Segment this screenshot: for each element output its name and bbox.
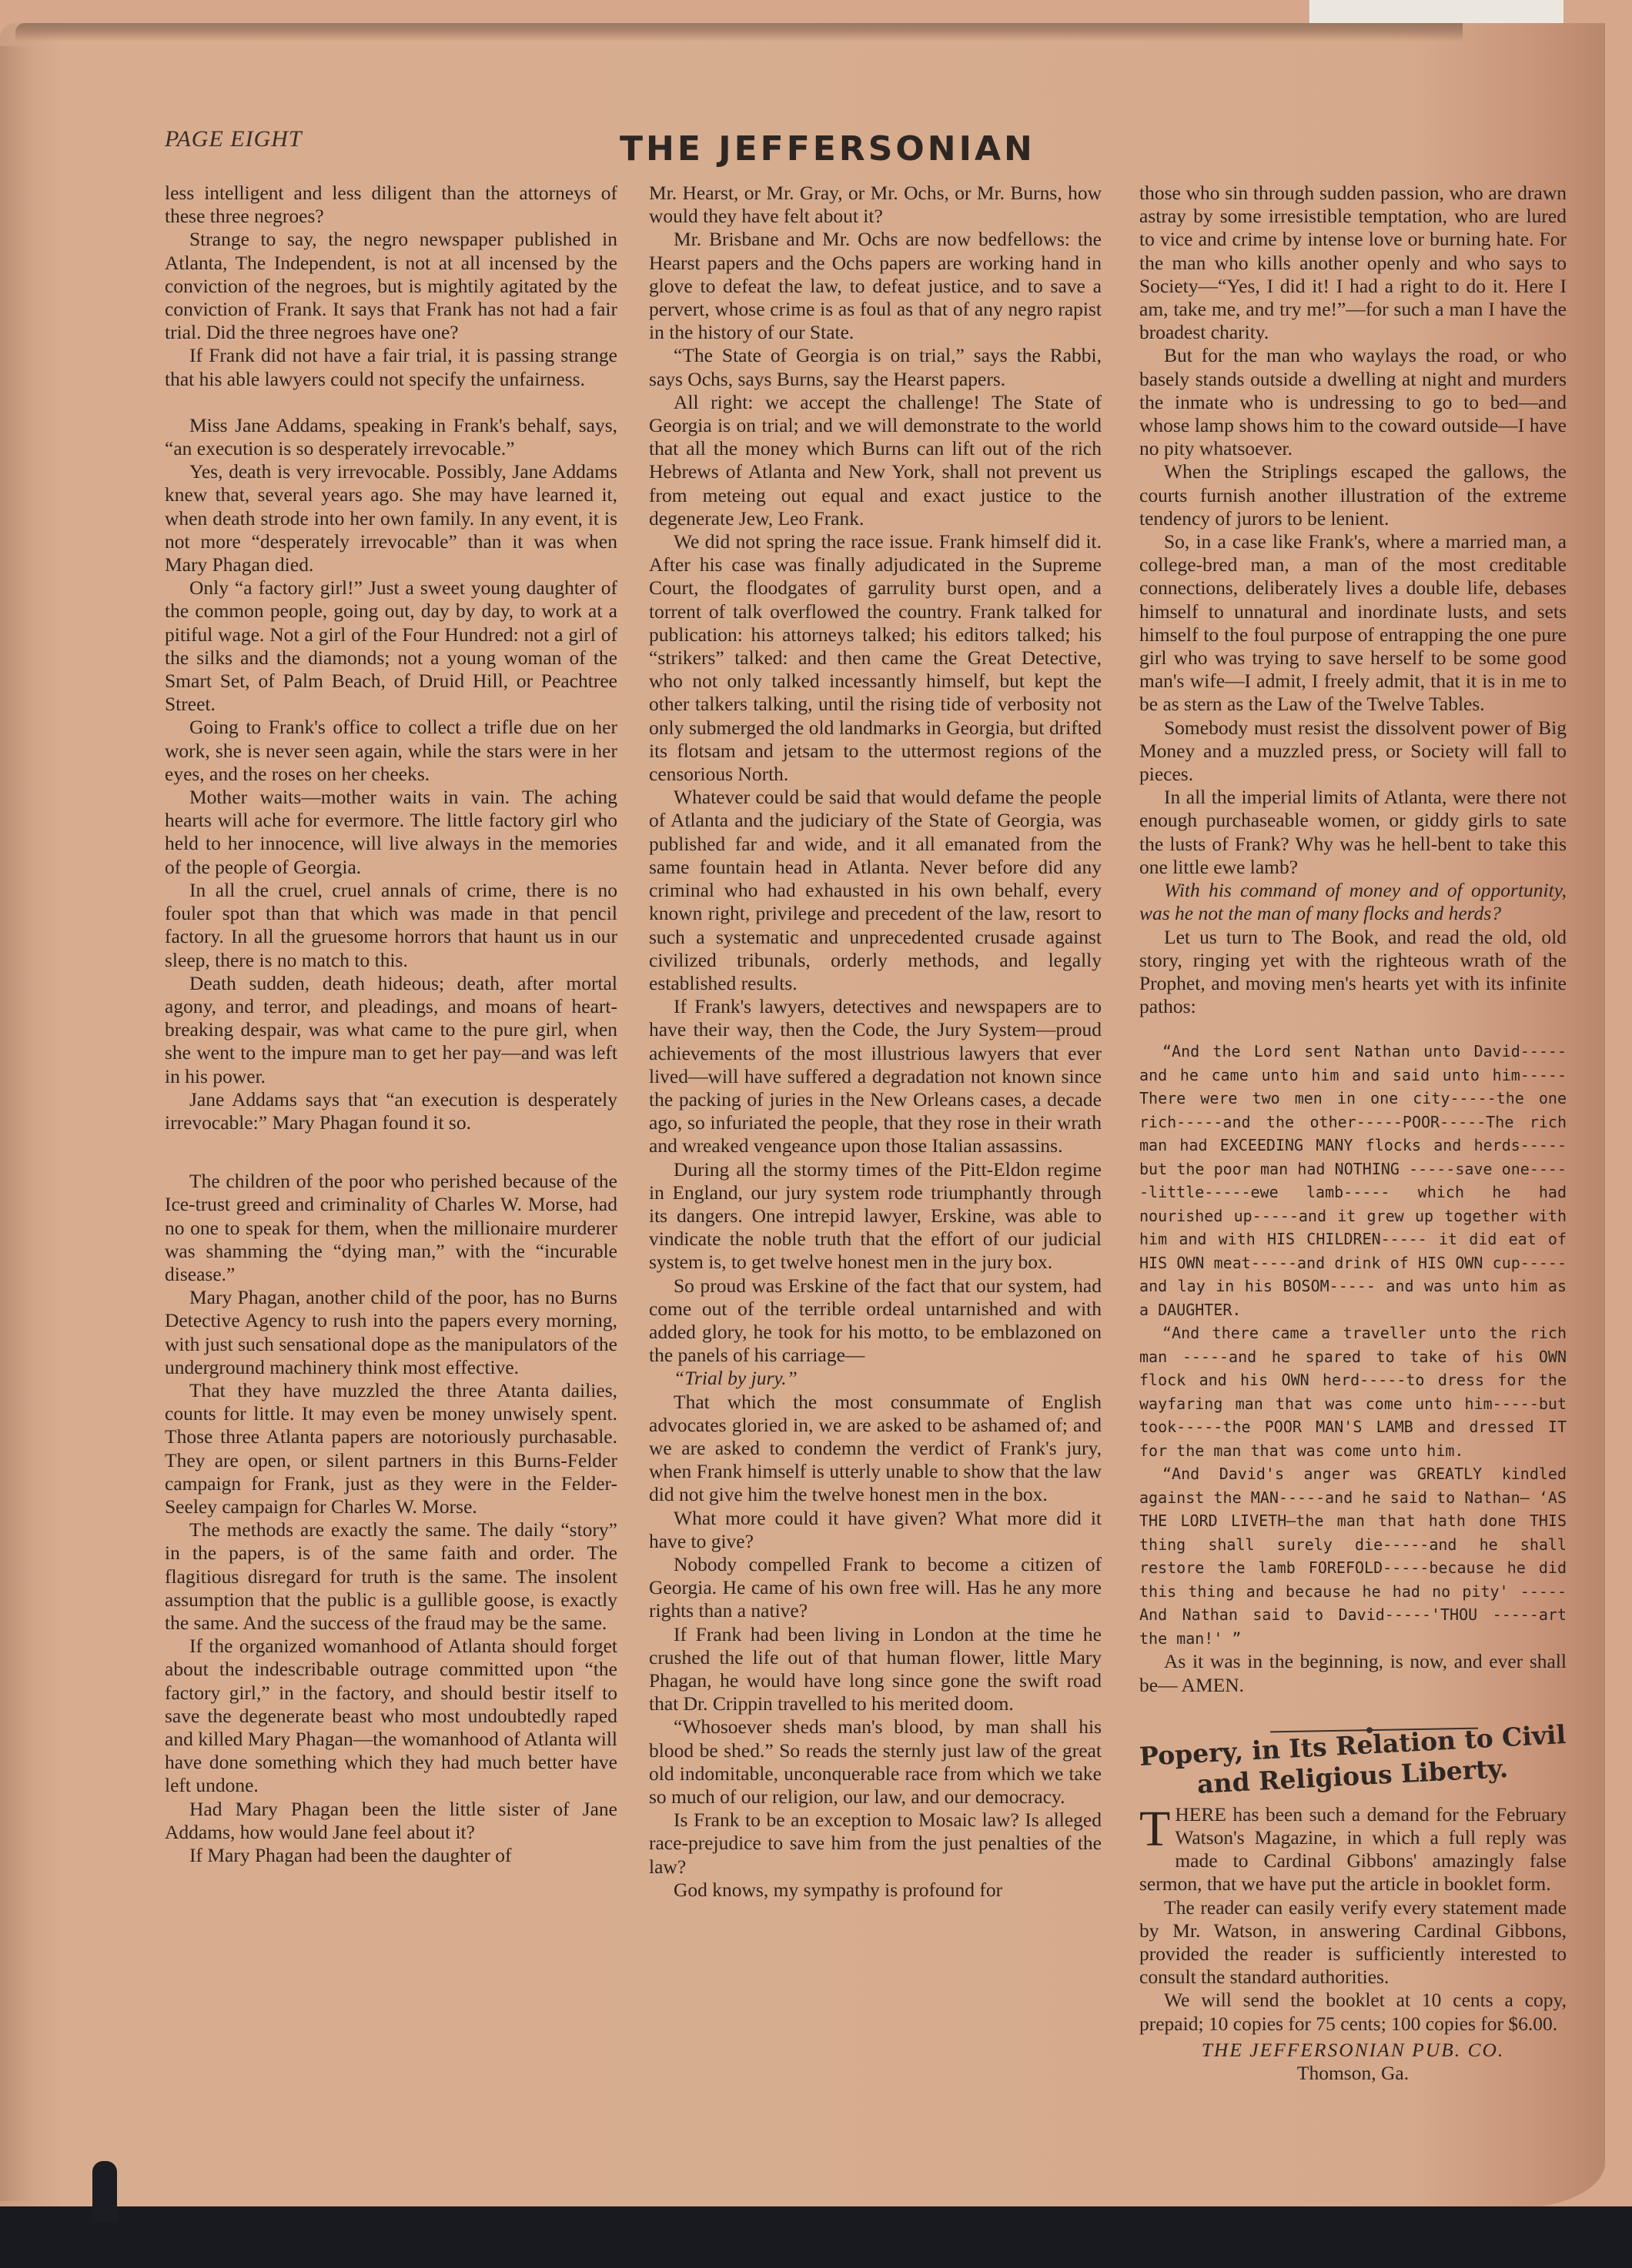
advertisement-block: Popery, in Its Relation to Civil and Rel… [1139,1742,1567,2085]
paragraph: Nobody compelled Frank to become a citiz… [649,1553,1102,1623]
paragraph: If Frank did not have a fair trial, it i… [165,344,617,390]
paragraph: Strange to say, the negro newspaper publ… [165,228,617,344]
paragraph: The children of the poor who perished be… [165,1170,617,1286]
paragraph: We did not spring the race issue. Frank … [649,530,1102,786]
paragraph: “Whosoever sheds man's blood, by man sha… [649,1715,1102,1809]
page-top-edge-shadow [15,23,1463,42]
paragraph: So proud was Erskine of the fact that ou… [649,1274,1102,1368]
paragraph: God knows, my sympathy is profound for [649,1879,1102,1902]
paragraph: Mr. Hearst, or Mr. Gray, or Mr. Ochs, or… [649,182,1102,228]
scripture-quotation: “And the Lord sent Nathan unto David----… [1139,1040,1567,1650]
paragraph: those who sin through sudden passion, wh… [1139,182,1567,344]
paragraph: During all the stormy times of the Pitt-… [649,1158,1102,1274]
paragraph: That which the most consummate of Englis… [649,1391,1102,1507]
paragraph: In all the imperial limits of Atlanta, w… [1139,786,1567,879]
page-number-label: PAGE EIGHT [165,126,303,152]
paragraph: Jane Addams says that “an execution is d… [165,1088,617,1134]
column-right: those who sin through sudden passion, wh… [1139,182,1567,2085]
column-middle: Mr. Hearst, or Mr. Gray, or Mr. Ochs, or… [649,182,1102,1902]
paragraph: Death sudden, death hideous; death, afte… [165,972,617,1088]
scripture-paragraph: “And David's anger was GREATLY kindled a… [1139,1462,1567,1650]
paragraph: Whatever could be said that would defame… [649,786,1102,995]
motto: “Trial by jury.” [649,1367,1102,1390]
column-left: less intelligent and less diligent than … [165,182,617,1867]
advertisement-text: HERE has been such a demand for the Febr… [1139,1803,1567,1896]
binding-gutter [0,46,34,2201]
paragraph: What more could it have given? What more… [649,1507,1102,1553]
closing-doxology: As it was in the beginning, is now, and … [1139,1650,1567,1696]
scripture-paragraph: “And there came a traveller unto the ric… [1139,1321,1567,1462]
paragraph: If Frank's lawyers, detectives and newsp… [649,995,1102,1157]
paragraph: Only “a factory girl!” Just a sweet youn… [165,576,617,716]
paragraph: Is Frank to be an exception to Mosaic la… [649,1809,1102,1879]
scripture-paragraph: “And the Lord sent Nathan unto David----… [1139,1040,1567,1321]
drop-cap: T [1139,1808,1170,1851]
paragraph: But for the man who waylays the road, or… [1139,344,1567,460]
paragraph: Miss Jane Addams, speaking in Frank's be… [165,414,617,460]
paragraph: So, in a case like Frank's, where a marr… [1139,530,1567,716]
paragraph: Mother waits—mother waits in vain. The a… [165,786,617,879]
advertisement-paragraph: We will send the booklet at 10 cents a c… [1139,1989,1567,2035]
paragraph: With his command of money and of opportu… [1139,879,1567,925]
paragraph: Somebody must resist the dissolvent powe… [1139,716,1567,787]
paragraph: Going to Frank's office to collect a tri… [165,716,617,786]
paragraph: Mary Phagan, another child of the poor, … [165,1286,617,1379]
advertisement-paragraph: The reader can easily verify every state… [1139,1896,1567,1989]
paragraph: That they have muzzled the three Atanta … [165,1379,617,1518]
advertisement-paragraph: THERE has been such a demand for the Feb… [1139,1803,1567,1896]
paragraph: Had Mary Phagan been the little sister o… [165,1798,617,1844]
paragraph: The methods are exactly the same. The da… [165,1518,617,1635]
paragraph: Let us turn to The Book, and read the ol… [1139,926,1567,1019]
publisher-signature: THE JEFFERSONIAN PUB. CO. [1139,2039,1567,2062]
paragraph: If Mary Phagan had been the daughter of [165,1844,617,1867]
paragraph: “The State of Georgia is on trial,” says… [649,344,1102,390]
publisher-location: Thomson, Ga. [1139,2062,1567,2085]
paragraph: Mr. Brisbane and Mr. Ochs are now bedfel… [649,228,1102,344]
paragraph: When the Striplings escaped the gallows,… [1139,460,1567,530]
bookmark-clip [92,2161,117,2223]
book-cover-bottom [0,2206,1632,2268]
paragraph: Yes, death is very irrevocable. Possibly… [165,460,617,576]
masthead-title: THE JEFFERSONIAN [620,129,1035,169]
paragraph: All right: we accept the challenge! The … [649,391,1102,530]
paragraph: less intelligent and less diligent than … [165,182,617,228]
paragraph: If Frank had been living in London at th… [649,1623,1102,1716]
paragraph: In all the cruel, cruel annals of crime,… [165,879,617,972]
paragraph: If the organized womanhood of Atlanta sh… [165,1635,617,1797]
